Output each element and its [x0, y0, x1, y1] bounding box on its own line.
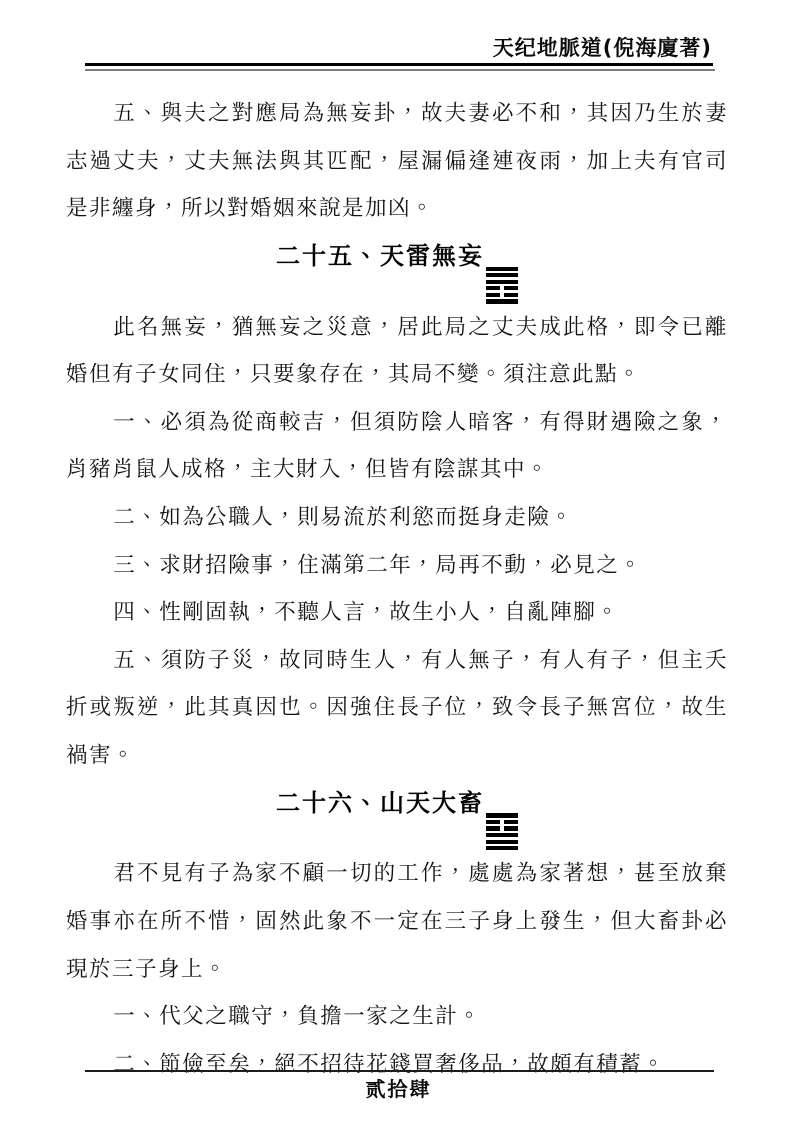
- page-header-title: 天纪地脈道(倪海廈著): [85, 32, 712, 62]
- section-heading-25: 二十五、天雷無妄: [66, 233, 728, 304]
- page-body: 五、與夫之對應局為無妄卦，故夫妻必不和，其因乃生於妻志過丈夫，丈夫無法與其匹配，…: [66, 90, 728, 1088]
- paragraph: 一、必須為從商較吉，但須防陰人暗客，有得財遇險之象，肖豬肖鼠人成格，主大財入，但…: [66, 399, 728, 494]
- section-heading-26: 二十六、山天大畜: [66, 780, 728, 851]
- page-number: 贰拾肆: [0, 1073, 797, 1102]
- paragraph: 二、如為公職人，則易流於利慾而挺身走險。: [66, 494, 728, 542]
- paragraph: 五、須防子災，故同時生人，有人無子，有人有子，但主夭折或叛逆，此其真因也。因強住…: [66, 637, 728, 780]
- document-page: 天纪地脈道(倪海廈著) 五、與夫之對應局為無妄卦，故夫妻必不和，其因乃生於妻志過…: [0, 0, 797, 1126]
- section-heading-25-text: 二十五、天雷無妄: [276, 242, 484, 270]
- paragraph: 五、與夫之對應局為無妄卦，故夫妻必不和，其因乃生於妻志過丈夫，丈夫無法與其匹配，…: [66, 90, 728, 233]
- hexagram-25-wuwang-icon: [486, 267, 518, 304]
- paragraph: 三、求財招險事，住滿第二年，局再不動，必見之。: [66, 542, 728, 590]
- hexagram-26-dachu-icon: [486, 813, 518, 850]
- paragraph: 君不見有子為家不顧一切的工作，處處為家著想，甚至放棄婚事亦在所不惜，固然此象不一…: [66, 850, 728, 993]
- header-rule-top: [85, 63, 713, 66]
- footer-rule: [85, 1070, 714, 1072]
- paragraph: 一、代父之職守，負擔一家之生計。: [66, 993, 728, 1041]
- paragraph: 四、性剛固執，不聽人言，故生小人，自亂陣腳。: [66, 589, 728, 637]
- header-rule-bottom: [85, 69, 715, 71]
- section-heading-26-text: 二十六、山天大畜: [276, 789, 484, 817]
- paragraph: 此名無妄，猶無妄之災意，居此局之丈夫成此格，即令已離婚但有子女同住，只要象存在，…: [66, 304, 728, 399]
